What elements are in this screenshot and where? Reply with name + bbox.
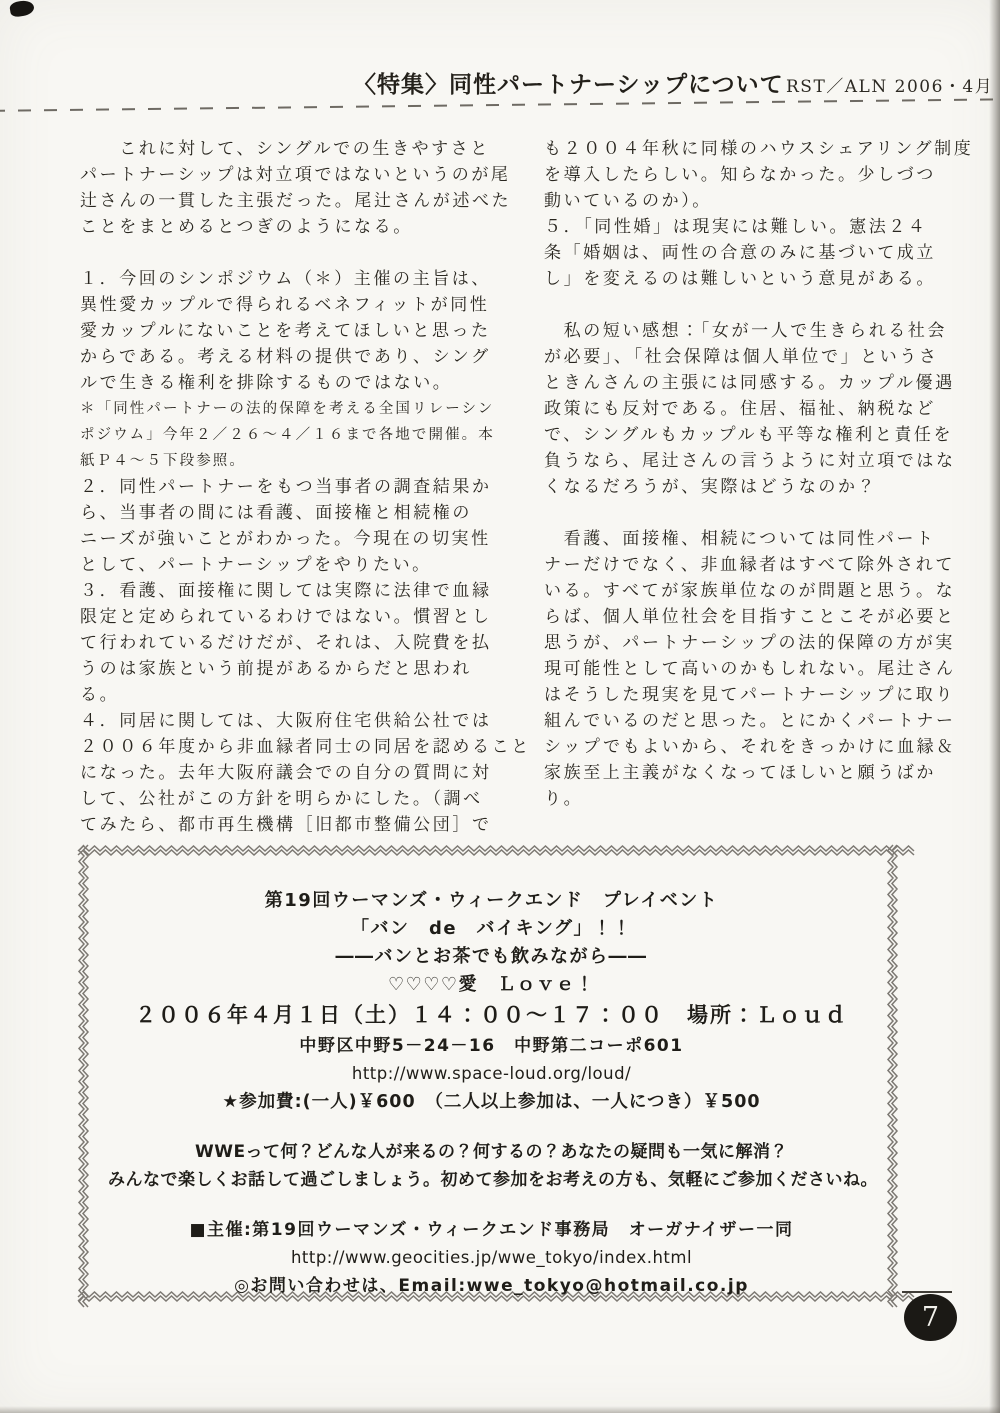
event-box-line: http://www.space-loud.org/loud/ bbox=[108, 1060, 875, 1088]
event-box-line: 中野区中野5－24－16 中野第二コーポ601 bbox=[108, 1032, 875, 1060]
article-line: ときんさんの主張には同感する。カップル優遇 bbox=[544, 370, 986, 396]
event-box-line: ♡♡♡♡愛 Ｌｏｖｅ！ bbox=[108, 971, 875, 999]
article-line: ニーズが強いことがわかった。今現在の切実性 bbox=[80, 526, 522, 552]
article-line: パートナーシップは対立項ではないというのが尾 bbox=[80, 162, 522, 188]
scan-artifact-mark bbox=[9, 0, 35, 18]
article-line: 家族至上主義がなくなってほしいと願うばか bbox=[544, 760, 986, 786]
event-box-line: http://www.geocities.jp/wwe_tokyo/index.… bbox=[108, 1244, 875, 1272]
article-line: てみたら、都市再生機構［旧都市整備公団］で bbox=[80, 812, 522, 838]
issue-label: RST／ALN 2006・4月 bbox=[786, 72, 993, 97]
event-box-line: ２００６年４月１日（土）１４：００～１７：００ 場所：Ｌｏｕｄ bbox=[108, 999, 875, 1032]
zigzag-border-right bbox=[887, 845, 903, 1307]
zigzag-border-top bbox=[78, 845, 905, 861]
article-line: 辻さんの一貫した主張だった。尾辻さんが述べた bbox=[80, 188, 522, 214]
article-line: 動いているのか）。 bbox=[544, 188, 986, 214]
event-box-line: WWEって何？どんな人が来るの？何するの？あなたの疑問も一気に解消？ bbox=[108, 1138, 875, 1166]
article-line: これに対して、シングルでの生きやすさと bbox=[80, 136, 522, 162]
article-line: らば、個人単位社会を目指すことこそが必要と bbox=[544, 604, 986, 630]
article-line: 愛カップルにないことを考えてほしいと思った bbox=[80, 318, 522, 344]
article-body: これに対して、シングルでの生きやすさとパートナーシップは対立項ではないというのが… bbox=[80, 136, 986, 838]
event-announcement-box: 第19回ウーマンズ・ウィークエンド プレイベント「バン de バイキング」！！―… bbox=[78, 845, 905, 1307]
article-line: 私の短い感想：「女が一人で生きられる社会 bbox=[544, 318, 986, 344]
article-line: 現可能性として高いのかもしれない。尾辻さん bbox=[544, 656, 986, 682]
article-line: くなるだろうが、実際はどうなのか？ bbox=[544, 474, 986, 500]
article-line: ことをまとめるとつぎのようになる。 bbox=[80, 214, 522, 240]
article-line: になった。去年大阪府議会での自分の質問に対 bbox=[80, 760, 522, 786]
article-line: シップでもよいから、それをきっかけに血縁＆ bbox=[544, 734, 986, 760]
article-line: ４．同居に関しては、大阪府住宅供給公社では bbox=[80, 708, 522, 734]
badge-rule bbox=[902, 1291, 952, 1293]
article-line: も２００４年秋に同様のハウスシェアリング制度 bbox=[544, 136, 986, 162]
article-line: うのは家族という前提があるからだと思われ bbox=[80, 656, 522, 682]
event-box-line: ◎お問い合わせは、Email:wwe_tokyo@hotmail.co.jp bbox=[108, 1272, 875, 1300]
event-box-line: ■主催:第19回ウーマンズ・ウィークエンド事務局 オーガナイザー一同 bbox=[108, 1216, 875, 1244]
article-line: はそうした現実を見てパートナーシップに取り bbox=[544, 682, 986, 708]
event-box-line: ★参加費:(一人)￥600 （二人以上参加は、一人につき）￥500 bbox=[108, 1088, 875, 1116]
right-column: も２００４年秋に同様のハウスシェアリング制度を導入したらしい。知らなかった。少し… bbox=[544, 136, 986, 838]
article-line: ３．看護、面接権に関しては実際に法律で血縁 bbox=[80, 578, 522, 604]
article-line: １．今回のシンポジウム（＊）主催の主旨は、 bbox=[80, 266, 522, 292]
feature-title: 〈特集〉同性パートナーシップについて bbox=[353, 66, 784, 99]
event-box-line: 第19回ウーマンズ・ウィークエンド プレイベント bbox=[108, 887, 875, 915]
article-line: 条「婚姻は、両性の合意のみに基づいて成立 bbox=[544, 240, 986, 266]
article-line bbox=[544, 500, 986, 526]
article-line: して、公社がこの方針を明らかにした。（調べ bbox=[80, 786, 522, 812]
scanned-newsletter-page: 〈特集〉同性パートナーシップについて RST／ALN 2006・4月 これに対し… bbox=[0, 0, 1000, 1413]
article-line: ナーだけでなく、非血縁者はすべて除外されて bbox=[544, 552, 986, 578]
article-line: ２．同性パートナーをもつ当事者の調査結果か bbox=[80, 474, 522, 500]
article-line: る。 bbox=[80, 682, 522, 708]
article-line: 紙Ｐ４～５下段参照。 bbox=[80, 448, 522, 474]
article-line: を導入したらしい。知らなかった。少しづつ bbox=[544, 162, 986, 188]
article-line: ５．「同性婚」は現実には難しい。憲法２４ bbox=[544, 214, 986, 240]
article-line: いる。すべてが家族単位なのが問題と思う。な bbox=[544, 578, 986, 604]
article-line: 看護、面接権、相続については同性パート bbox=[544, 526, 986, 552]
event-box-line: みんなで楽しくお話して過ごしましょう。初めて参加をお考えの方も、気軽にご参加くだ… bbox=[108, 1166, 875, 1194]
page-number: 7 bbox=[904, 1294, 957, 1341]
page-number-badge: 7 bbox=[898, 1286, 962, 1346]
article-line: ポジウム」今年２／２６～４／１６まで各地で開催。本 bbox=[80, 422, 522, 448]
event-box-line: 「バン de バイキング」！！ bbox=[108, 915, 875, 943]
article-line bbox=[80, 240, 522, 266]
event-box-line: ――バンとお茶でも飲みながら―― bbox=[108, 943, 875, 971]
scan-edge-shadow-right bbox=[989, 0, 1000, 1413]
article-line: からである。考える材料の提供であり、シング bbox=[80, 344, 522, 370]
article-line: 政策にも反対である。住居、福祉、納税など bbox=[544, 396, 986, 422]
event-box-content: 第19回ウーマンズ・ウィークエンド プレイベント「バン de バイキング」！！―… bbox=[108, 887, 875, 1300]
article-line: が必要」、「社会保障は個人単位で」というさ bbox=[544, 344, 986, 370]
article-line: で、シングルもカップルも平等な権利と責任を bbox=[544, 422, 986, 448]
article-line: 思うが、パートナーシップの法的保障の方が実 bbox=[544, 630, 986, 656]
article-line: り。 bbox=[544, 786, 986, 812]
article-line: て行われているだけだが、それは、入院費を払 bbox=[80, 630, 522, 656]
article-line: 負うなら、尾辻さんの言うように対立項ではな bbox=[544, 448, 986, 474]
article-line: 限定と定められているわけではない。慣習とし bbox=[80, 604, 522, 630]
article-line: 組んでいるのだと思った。とにかくパートナー bbox=[544, 708, 986, 734]
article-line bbox=[544, 292, 986, 318]
article-line: として、パートナーシップをやりたい。 bbox=[80, 552, 522, 578]
article-line: ２００６年度から非血縁者同士の同居を認めること bbox=[80, 734, 522, 760]
article-line: ら、当事者の間には看護、面接権と相続権の bbox=[80, 500, 522, 526]
article-line: ルで生きる権利を排除するものではない。 bbox=[80, 370, 522, 396]
zigzag-border-left bbox=[78, 845, 94, 1307]
scan-edge-shadow-bottom bbox=[0, 1406, 1000, 1413]
left-column: これに対して、シングルでの生きやすさとパートナーシップは対立項ではないというのが… bbox=[80, 136, 522, 838]
article-line: 異性愛カップルで得られるベネフィットが同性 bbox=[80, 292, 522, 318]
article-line: ＊「同性パートナーの法的保障を考える全国リレーシン bbox=[80, 396, 522, 422]
article-line: し」を変えるのは難しいという意見がある。 bbox=[544, 266, 986, 292]
dashed-divider bbox=[0, 98, 1000, 112]
